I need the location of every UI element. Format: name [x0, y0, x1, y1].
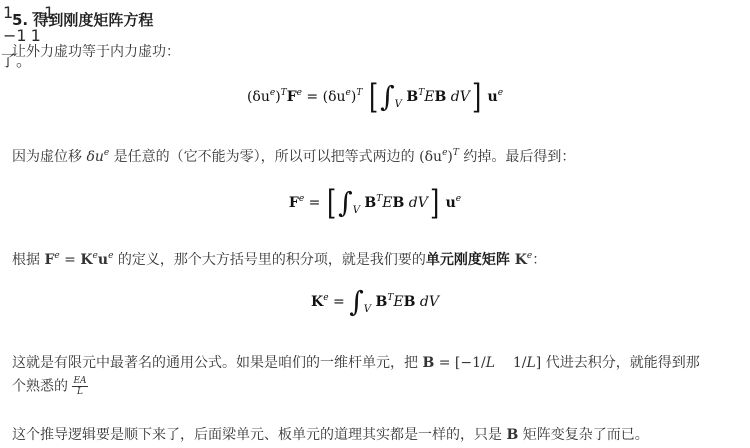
para3-K: K: [80, 252, 92, 268]
eq2-F-sup: e: [299, 194, 304, 204]
eq3-B: B: [375, 294, 387, 310]
eq2-u: u: [446, 195, 456, 211]
eq2-F: F: [289, 195, 299, 211]
para4-B: B: [422, 355, 434, 371]
eq1-B2: B: [434, 89, 446, 105]
para3-mid: 的定义，那个大方括号里的积分项，就是我们要的: [113, 252, 425, 268]
para5-B: B: [506, 427, 518, 443]
section-heading: 5. 得到刚度矩阵方程: [12, 9, 153, 30]
para3-equals: =: [60, 252, 81, 268]
eq2-B: B: [364, 195, 376, 211]
para4-line2-pre: 个熟悉的: [12, 379, 72, 395]
paragraph-bar-element-line2: 个熟悉的 EAL: [12, 376, 100, 397]
eq1-equals: =: [306, 89, 318, 105]
para4-gap: 1/: [495, 355, 526, 371]
eq3-equals: =: [333, 294, 345, 310]
eq1-u: u: [488, 89, 498, 105]
para3-pre: 根据: [12, 252, 44, 268]
eq1-domain: V: [395, 99, 402, 110]
left-bracket-icon: [: [327, 186, 336, 220]
eq1-F: F: [287, 89, 297, 105]
para3-bold-K: K: [515, 252, 527, 268]
eq1-u-sup: e: [498, 88, 503, 98]
eq1-E: E: [424, 89, 434, 105]
eq1-B: B: [406, 89, 418, 105]
para3-bold-term: 单元刚度矩阵: [426, 252, 515, 268]
eq2-equals: =: [309, 195, 321, 211]
eq2-u-sup: e: [456, 194, 461, 204]
eq3-B2: B: [404, 294, 416, 310]
paragraph-stiffness-definition: 根据 Fe = Keue 的定义，那个大方括号里的积分项，就是我们要的单元刚度矩…: [12, 250, 546, 270]
frac-denominator: L: [77, 387, 83, 397]
eq2-B2: B: [392, 195, 404, 211]
eq2-E: E: [382, 195, 392, 211]
equation-virtual-work: (δue)TFe = (δue)T [∫V BTEB dV] ue: [0, 80, 750, 114]
integral-icon: ∫: [338, 189, 353, 217]
intro-text: 让外力虚功等于内力虚功：: [12, 42, 180, 62]
paragraph-arbitrary-displacement: 因为虚位移 δue 是任意的（它不能为零），所以可以把等式两边的 (δue)T …: [12, 147, 575, 167]
paragraph-conclusion: 这个推导逻辑要是顺下来了，后面梁单元、板单元的道理其实都是一样的，只是 B 矩阵…: [12, 425, 649, 445]
eq1-lhs: (δu: [247, 89, 270, 105]
eq3-K-sup: e: [323, 293, 328, 303]
eq1-dV: dV: [451, 89, 470, 105]
para5-pre: 这个推导逻辑要是顺下来了，后面梁单元、板单元的道理其实都是一样的，只是: [12, 427, 506, 443]
para4-L1: L: [486, 355, 495, 371]
eq1-rhs: (δu: [323, 89, 346, 105]
para2-mid: 是任意的（它不能为零），所以可以把等式两边的: [109, 149, 419, 165]
eq2-dV: dV: [409, 195, 428, 211]
para3-F: F: [44, 252, 54, 268]
paragraph-bar-element-line1: 这就是有限元中最著名的通用公式。如果是咱们的一维杆单元，把 B = [−1/L …: [12, 353, 700, 373]
para2-du: δu: [86, 149, 103, 165]
para3-u: u: [98, 252, 108, 268]
frac-numerator: EA: [72, 376, 87, 387]
para2-pre: 因为虚位移: [12, 149, 86, 165]
para5-post: 矩阵变复杂了而已。: [518, 427, 648, 443]
para4-pre: 这就是有限元中最著名的通用公式。如果是咱们的一维杆单元，把: [12, 355, 422, 371]
eq1-F-sup: e: [297, 88, 302, 98]
equation-stiffness-matrix: Ke = ∫V BTEB dV: [0, 288, 750, 316]
eq2-domain: V: [353, 205, 360, 216]
fraction-EA-over-L: EAL: [72, 376, 87, 397]
para3-post: ：: [532, 252, 546, 268]
para4-L2: L: [526, 355, 535, 371]
para2-term: (δu: [419, 149, 442, 165]
para2-post: 约掉。最后得到：: [459, 149, 575, 165]
equation-force: Fe = [∫V BTEB dV] ue: [0, 186, 750, 220]
eq3-E: E: [393, 294, 403, 310]
integral-icon: ∫: [380, 83, 395, 111]
left-bracket-icon: [: [369, 80, 378, 114]
eq3-K: K: [311, 294, 323, 310]
right-bracket-icon: ]: [472, 80, 481, 114]
eq3-domain: V: [364, 304, 371, 315]
para4-post: 代进去积分，就能得到那: [541, 355, 699, 371]
eq3-dV: dV: [420, 294, 439, 310]
right-bracket-icon: ]: [430, 186, 439, 220]
para4-eq: = [−1/: [434, 355, 485, 371]
eq1-rhs-T: T: [356, 88, 362, 98]
integral-icon: ∫: [349, 288, 364, 316]
